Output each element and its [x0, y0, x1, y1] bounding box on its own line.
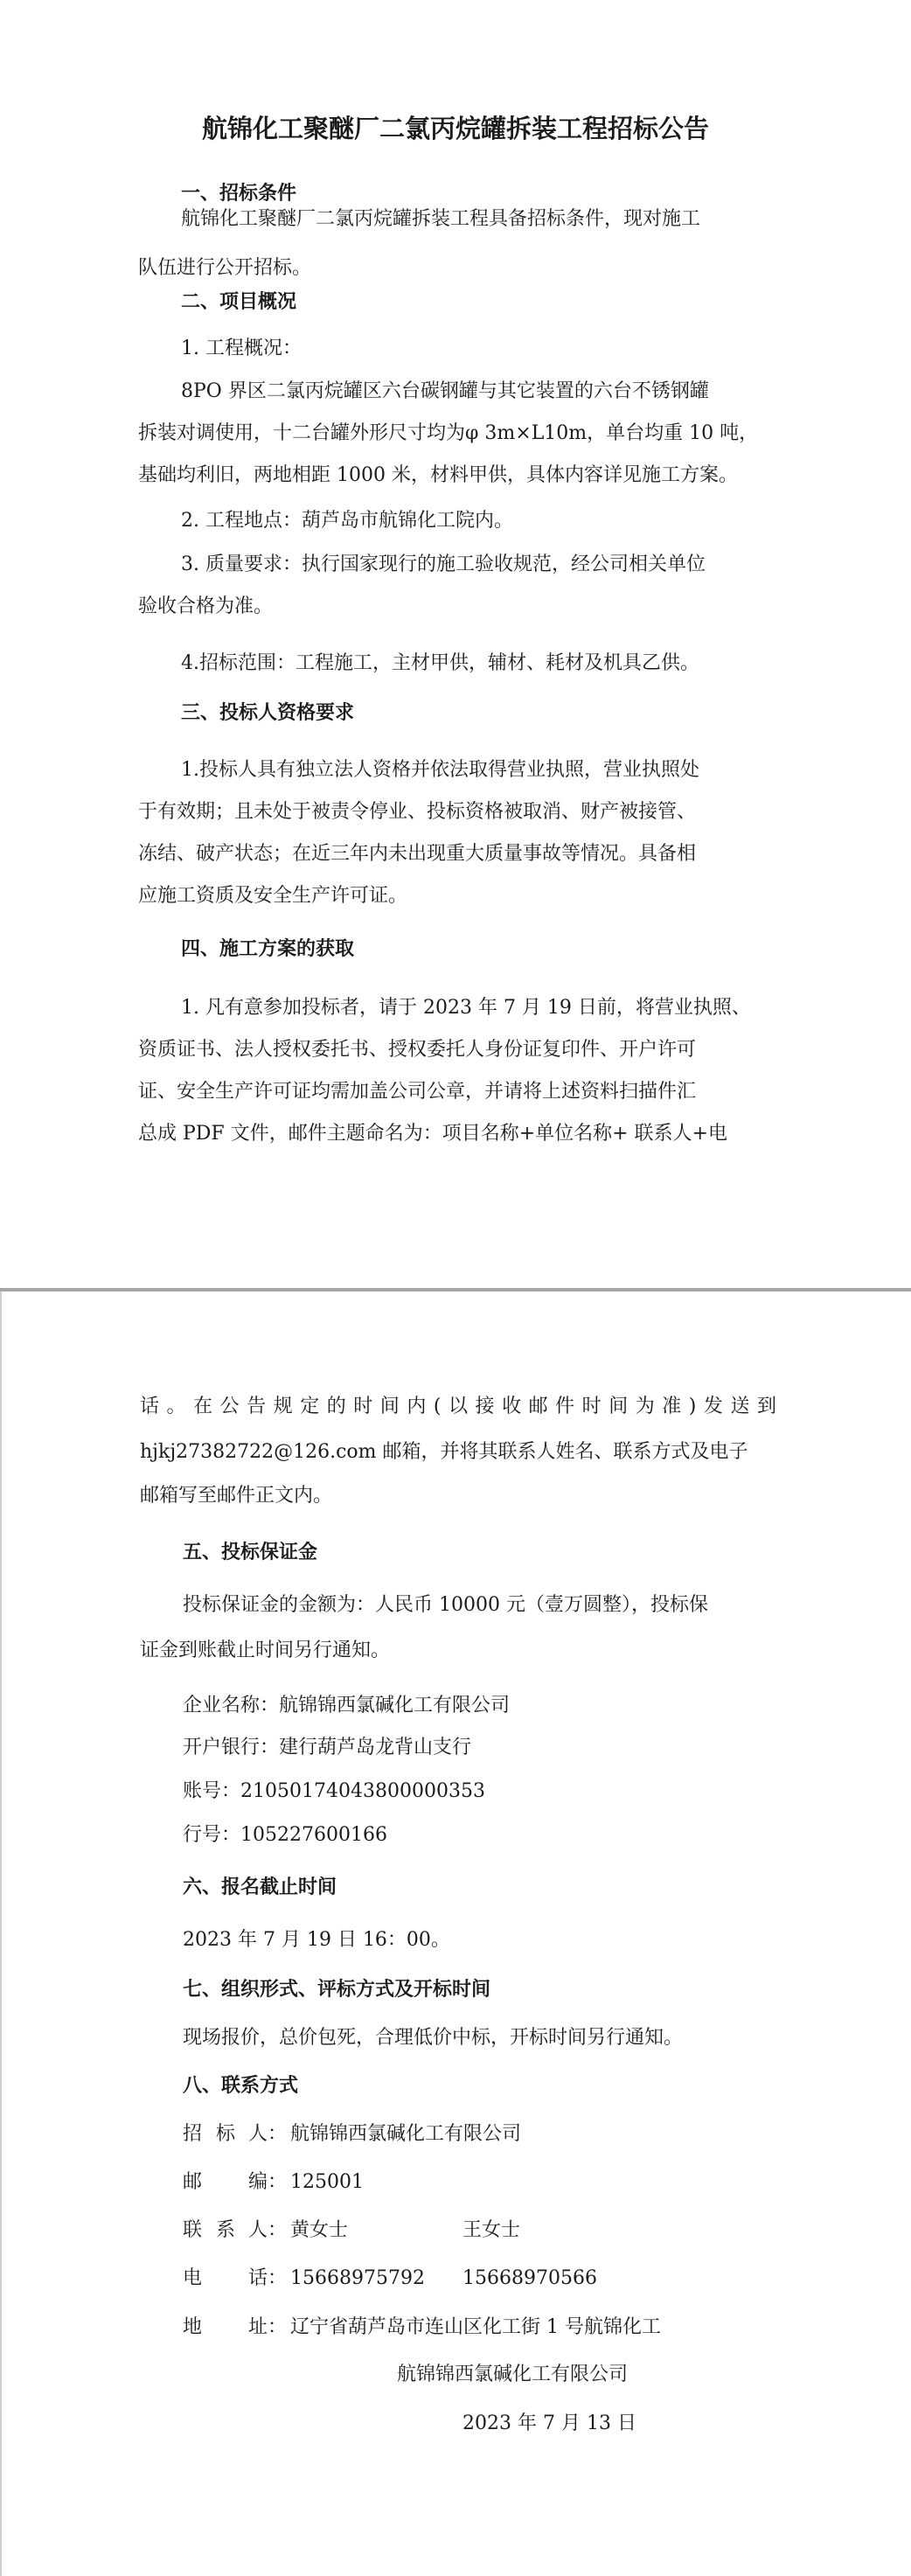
- paragraph-line: 证、安全生产许可证均需加盖公司公章，并请将上述资料扫描件汇: [138, 1081, 696, 1104]
- label-char: 邮: [183, 2171, 202, 2194]
- document-title: 航锦化工聚醚厂二氯丙烷罐拆装工程招标公告: [0, 114, 911, 143]
- label-char: 编：: [248, 2171, 287, 2194]
- label-char: 人：: [248, 2219, 287, 2242]
- paragraph-line: 邮箱写至邮件正文内。: [140, 1485, 332, 1507]
- label-char: 人：: [248, 2123, 287, 2146]
- paragraph-line: hjkj27382722@126.com 邮箱，并将其联系人姓名、联系方式及电子: [140, 1441, 748, 1464]
- paragraph-line: 资质证书、法人授权委托书、授权委托人身份证复印件、开户许可: [138, 1039, 696, 1062]
- section-heading-8: 八、联系方式: [183, 2075, 298, 2098]
- account-number-line: 账号：21050174043800000353: [183, 1780, 485, 1803]
- label-char: 电: [183, 2267, 202, 2290]
- phone-1: 15668975792: [290, 2267, 425, 2290]
- section-heading-2: 二、项目概况: [181, 291, 296, 314]
- paragraph-line: 1. 凡有意参加投标者，请于 2023 年 7 月 19 日前，将营业执照、: [181, 997, 751, 1020]
- paragraph-line: 1.投标人具有独立法人资格并依法取得营业执照，营业执照处: [181, 759, 699, 782]
- signature-company: 航锦锦西氯碱化工有限公司: [397, 2364, 628, 2386]
- paragraph-line: 应施工资质及安全生产许可证。: [138, 885, 407, 908]
- paragraph-line: 航锦化工聚醚厂二氯丙烷罐拆装工程具备招标条件，现对施工: [181, 208, 700, 231]
- paragraph-line: 话。在公告规定的时间内(以接收邮件时间为准)发送到: [140, 1396, 776, 1418]
- paragraph-line: 投标保证金的金额为：人民币 10000 元（壹万圆整），投标保: [183, 1594, 708, 1617]
- bank-line: 开户银行：建行葫芦岛龙背山支行: [183, 1737, 471, 1759]
- paragraph-line: 4.招标范围：工程施工，主材甲供，辅材、耗材及机具乙供。: [181, 652, 699, 675]
- label-char: 系: [216, 2219, 235, 2242]
- paragraph-line: 证金到账截止时间另行通知。: [140, 1640, 390, 1662]
- paragraph-line: 3. 质量要求：执行国家现行的施工验收规范，经公司相关单位: [181, 553, 706, 576]
- paragraph-line: 8PO 界区二氯丙烷罐区六台碳钢罐与其它装置的六台不锈钢罐: [181, 380, 709, 403]
- section-heading-3: 三、投标人资格要求: [181, 702, 354, 725]
- paragraph-line: 冻结、破产状态；在近三年内未出现重大质量事故等情况。具备相: [138, 843, 696, 866]
- label-char: 址：: [248, 2316, 287, 2339]
- paragraph-line: 拆装对调使用，十二台罐外形尺寸均为φ 3m×L10m，单台均重 10 吨，: [138, 422, 758, 445]
- section-heading-7: 七、组织形式、评标方式及开标时间: [183, 1979, 490, 2002]
- paragraph-line: 验收合格为准。: [138, 595, 273, 618]
- paragraph-line: 于有效期；且未处于被责令停业、投标资格被取消、财产被接管、: [138, 801, 696, 824]
- label-char: 地: [183, 2316, 202, 2339]
- paragraph-line: 总成 PDF 文件，邮件主题命名为：项目名称+单位名称+ 联系人+电: [138, 1123, 727, 1145]
- phone-2: 15668970566: [462, 2267, 597, 2290]
- document-page-1: 航锦化工聚醚厂二氯丙烷罐拆装工程招标公告 一、招标条件 航锦化工聚醚厂二氯丙烷罐…: [0, 0, 911, 1288]
- address-value: 辽宁省葫芦岛市连山区化工街 1 号航锦化工: [290, 2316, 661, 2339]
- paragraph-line: 基础均利旧，两地相距 1000 米，材料甲供，具体内容详见施工方案。: [138, 464, 738, 487]
- paragraph-line: 2. 工程地点：葫芦岛市航锦化工院内。: [181, 510, 513, 533]
- section-heading-5: 五、投标保证金: [183, 1542, 317, 1564]
- contact-person-2: 王女士: [462, 2219, 520, 2242]
- tenderer-value: 航锦锦西氯碱化工有限公司: [290, 2123, 521, 2146]
- paragraph-line: 现场报价，总价包死，合理低价中标，开标时间另行通知。: [183, 2027, 683, 2050]
- section-heading-6: 六、报名截止时间: [183, 1876, 337, 1899]
- document-page-2: 话。在公告规定的时间内(以接收邮件时间为准)发送到 hjkj27382722@1…: [0, 1291, 911, 2576]
- contact-person-1: 黄女士: [290, 2219, 348, 2242]
- section-heading-4: 四、施工方案的获取: [181, 938, 354, 961]
- paragraph-line: 队伍进行公开招标。: [138, 257, 311, 280]
- bank-code-line: 行号：105227600166: [183, 1824, 387, 1847]
- label-char: 标: [216, 2123, 235, 2146]
- section-heading-1: 一、招标条件: [181, 183, 296, 205]
- company-name-line: 企业名称：航锦锦西氯碱化工有限公司: [183, 1695, 510, 1717]
- item-label: 1. 工程概况：: [181, 338, 302, 360]
- deadline-line: 2023 年 7 月 19 日 16：00。: [183, 1929, 450, 1952]
- signature-date: 2023 年 7 月 13 日: [462, 2412, 636, 2435]
- postcode-value: 125001: [290, 2171, 364, 2194]
- label-char: 话：: [248, 2267, 287, 2290]
- label-char: 联: [183, 2219, 202, 2242]
- label-char: 招: [183, 2123, 202, 2146]
